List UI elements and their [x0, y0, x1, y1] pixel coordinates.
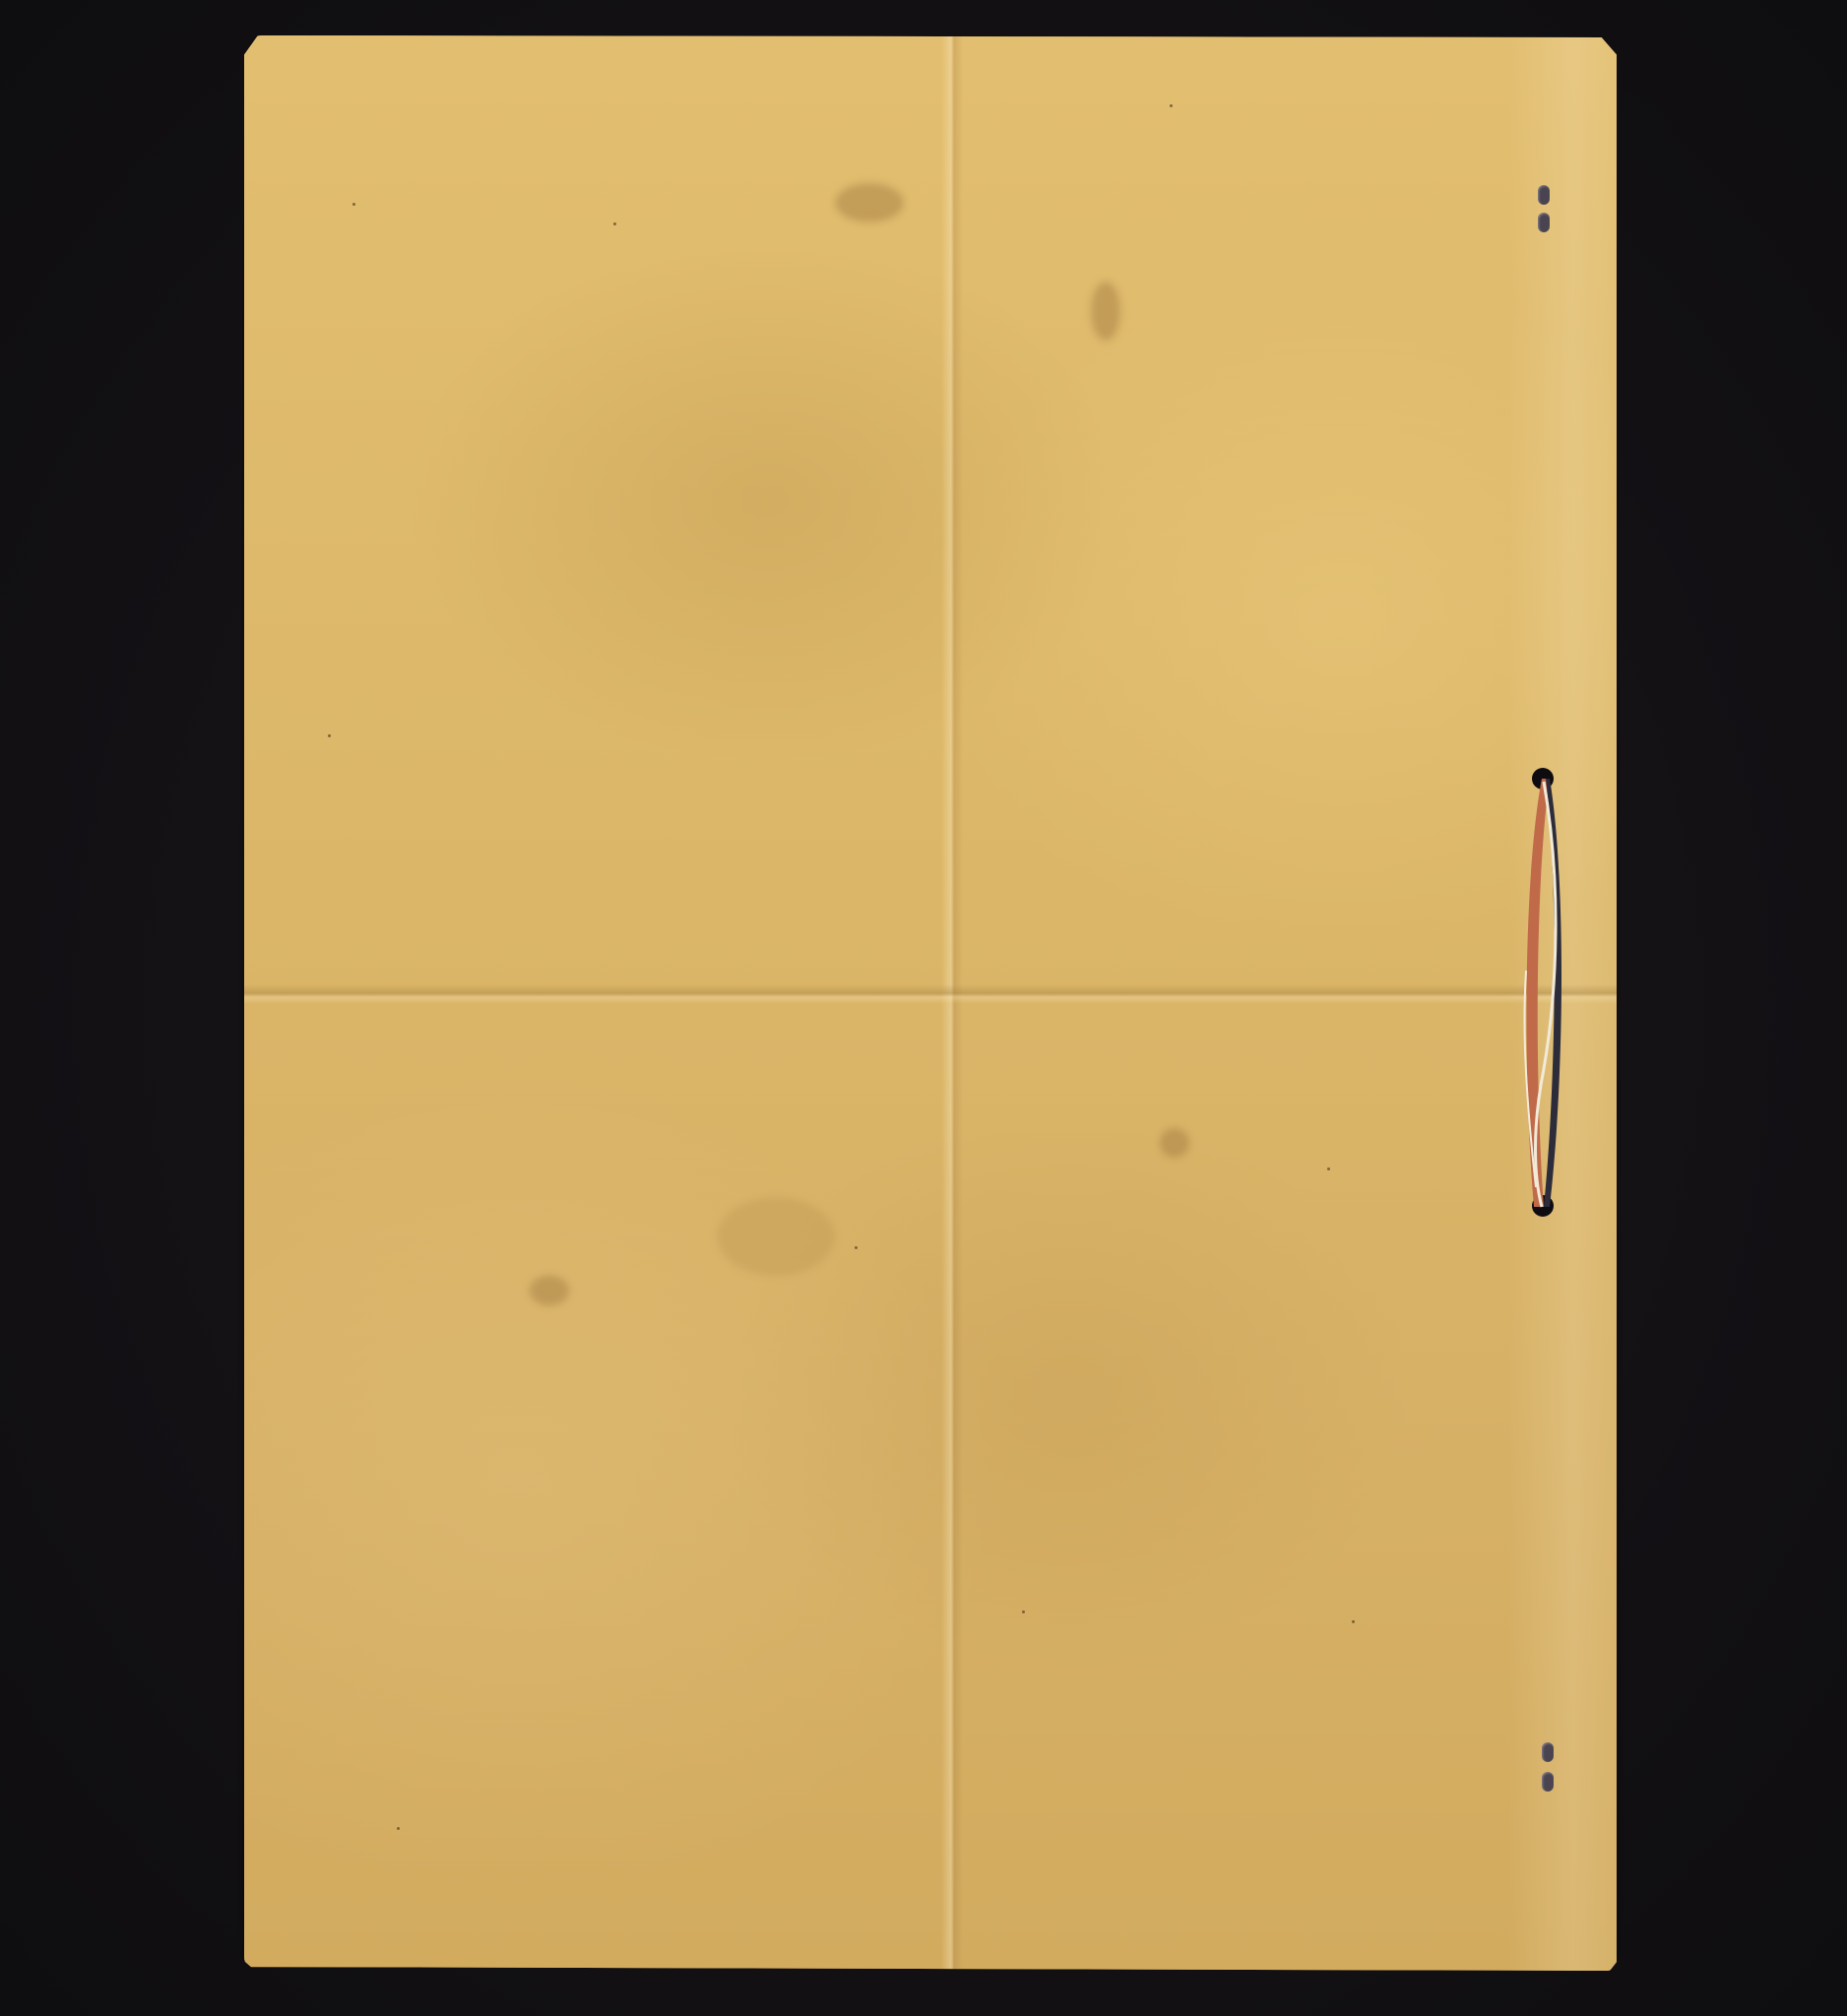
stain	[835, 183, 904, 222]
staple-bottom-lower	[1542, 1772, 1554, 1792]
speck	[1170, 104, 1173, 107]
horizontal-fold-crease	[244, 984, 1617, 1004]
speck	[352, 203, 355, 206]
speck	[855, 1246, 858, 1249]
staple-top-lower	[1538, 213, 1550, 232]
speck	[1022, 1610, 1025, 1613]
speck	[328, 734, 331, 737]
staple-bottom-upper	[1542, 1742, 1554, 1762]
stain	[530, 1276, 569, 1305]
speck	[613, 222, 616, 225]
speck	[397, 1827, 400, 1830]
stain	[717, 1197, 835, 1276]
staple-top-upper	[1538, 185, 1550, 205]
stain	[1160, 1128, 1189, 1158]
stain	[1091, 282, 1120, 341]
speck	[1352, 1620, 1355, 1623]
document-back-page	[244, 35, 1617, 1971]
tricolor-ribbon	[1514, 774, 1573, 1217]
speck	[1327, 1167, 1330, 1170]
